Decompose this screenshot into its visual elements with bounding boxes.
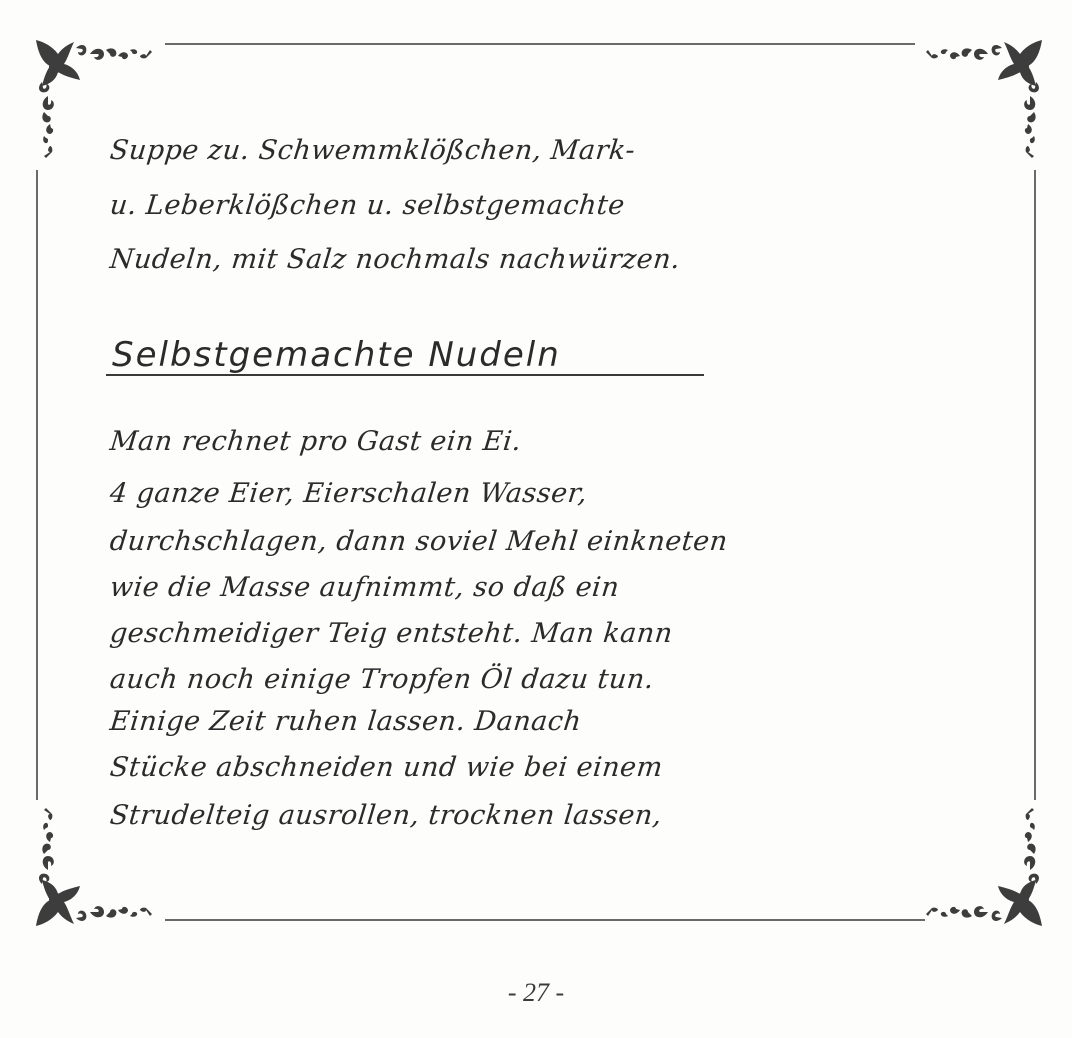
recipe-line: Einige Zeit ruhen lassen. Danach — [108, 706, 583, 737]
recipe-line: 4 ganze Eier, Eierschalen Wasser, — [108, 478, 589, 509]
intro-line: u. Leberklößchen u. selbstgemachte — [108, 190, 626, 221]
frame-bottom-rule — [165, 919, 925, 921]
page-number: - 27 - — [0, 978, 1072, 1008]
recipe-line: geschmeidiger Teig entsteht. Man kann — [108, 618, 674, 649]
intro-line: Nudeln, mit Salz nochmals nachwürzen. — [108, 244, 681, 275]
recipe-line: Strudelteig ausrollen, trocknen lassen, — [108, 800, 663, 831]
recipe-line: auch noch einige Tropfen Öl dazu tun. — [108, 664, 655, 695]
recipe-title: Selbstgemachte Nudeln — [112, 335, 561, 375]
frame-left-rule — [36, 170, 38, 800]
corner-ornament-icon — [918, 800, 1048, 930]
recipe-line: durchschlagen, dann soviel Mehl einknete… — [108, 526, 729, 557]
intro-line: Suppe zu. Schwemmklößchen, Mark- — [108, 135, 636, 166]
recipe-line: wie die Masse aufnimmt, so daß ein — [108, 572, 620, 603]
frame-right-rule — [1034, 170, 1036, 800]
recipe-line: Man rechnet pro Gast ein Ei. — [108, 426, 523, 457]
corner-ornament-icon — [918, 36, 1048, 166]
recipe-line: Stücke abschneiden und wie bei einem — [108, 752, 664, 783]
title-underline — [106, 374, 704, 376]
frame-top-rule — [165, 43, 915, 45]
